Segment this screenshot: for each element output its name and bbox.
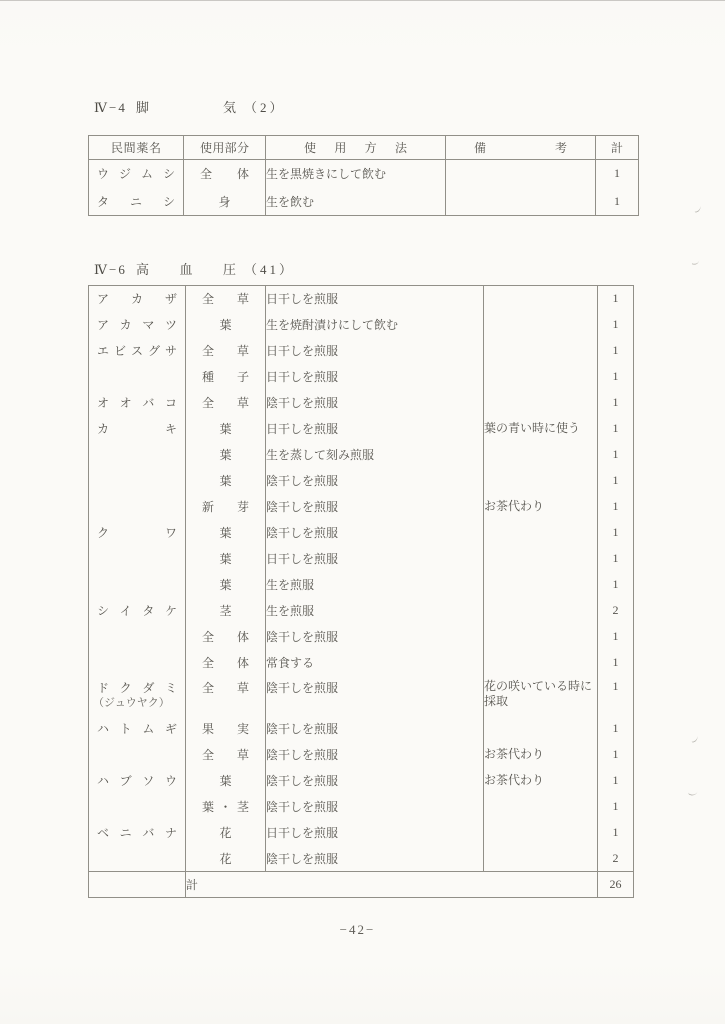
- part-cell: 全草: [186, 286, 266, 312]
- table-row: 全体 陰干しを煎服 1: [89, 624, 634, 650]
- table-row: アカマツ 葉 生を焼酎漬けにして飲む 1: [89, 312, 634, 338]
- total-cell: 1: [598, 742, 634, 768]
- method-cell: 生を煎服: [266, 598, 484, 624]
- scanned-document-page: Ⅳ−4 脚気 （2） 民間薬名 使用部分 使用方法 備考 計 ウジムシ 全体 生…: [0, 0, 725, 1024]
- note-cell: [484, 546, 598, 572]
- table-row: ベニバナ 花 日干しを煎服 1: [89, 820, 634, 846]
- method-cell: 日干しを煎服: [266, 820, 484, 846]
- total-cell: 1: [598, 520, 634, 546]
- name-cell: ハブソウ: [89, 768, 186, 794]
- name-cell: [89, 468, 186, 494]
- total-cell: 1: [598, 442, 634, 468]
- part-cell: 葉: [186, 546, 266, 572]
- method-cell: 陰干しを煎服: [266, 846, 484, 872]
- note-cell: [446, 188, 596, 216]
- total-cell: 1: [598, 546, 634, 572]
- method-cell: 日干しを煎服: [266, 338, 484, 364]
- part-cell: 全草: [186, 676, 266, 716]
- method-cell: 陰干しを煎服: [266, 624, 484, 650]
- part-cell: 茎: [186, 598, 266, 624]
- scan-artifact: [688, 788, 698, 797]
- total-cell: 1: [598, 716, 634, 742]
- method-cell: 陰干しを煎服: [266, 768, 484, 794]
- method-cell: 生を蒸して刻み煎服: [266, 442, 484, 468]
- name-cell: [89, 494, 186, 520]
- method-cell: 常食する: [266, 650, 484, 676]
- note-cell: [484, 390, 598, 416]
- name-cell: シイタケ: [89, 598, 186, 624]
- table-row: ハブソウ 葉 陰干しを煎服 お茶代わり 1: [89, 768, 634, 794]
- table-row: ウジムシ 全体 生を黒焼きにして飲む 1: [89, 160, 639, 188]
- section-count: （41）: [244, 261, 295, 279]
- note-cell: [484, 846, 598, 872]
- method-cell: 日干しを煎服: [266, 416, 484, 442]
- table-row: アカザ 全草 日干しを煎服 1: [89, 286, 634, 312]
- part-cell: 全体: [186, 624, 266, 650]
- footer-total-cell: 26: [598, 872, 634, 898]
- name-cell: [89, 650, 186, 676]
- table-footer-row: 計 26: [89, 872, 634, 898]
- part-cell: 葉: [186, 520, 266, 546]
- section-disease-name: 高血圧: [136, 261, 236, 279]
- part-cell: 全草: [186, 390, 266, 416]
- table-row: 葉 陰干しを煎服 1: [89, 468, 634, 494]
- scan-artifact: [693, 205, 702, 213]
- part-cell: 新芽: [186, 494, 266, 520]
- note-cell: お茶代わり: [484, 494, 598, 520]
- column-header-part: 使用部分: [184, 136, 266, 160]
- table-row: 葉 生を煎服 1: [89, 572, 634, 598]
- name-cell: [89, 572, 186, 598]
- part-cell: 葉: [186, 442, 266, 468]
- name-cell: ハトムギ: [89, 716, 186, 742]
- note-cell: [484, 520, 598, 546]
- note-cell: お茶代わり: [484, 742, 598, 768]
- name-cell: [89, 442, 186, 468]
- method-cell: 陰干しを煎服: [266, 716, 484, 742]
- note-cell: [484, 312, 598, 338]
- total-cell: 1: [598, 624, 634, 650]
- table-row: 葉・茎 陰干しを煎服 1: [89, 794, 634, 820]
- total-cell: 1: [596, 188, 639, 216]
- total-cell: 1: [596, 160, 639, 188]
- part-cell: 葉: [186, 468, 266, 494]
- name-cell: エビスグサ: [89, 338, 186, 364]
- folk-medicine-table-hypertension: アカザ 全草 日干しを煎服 1 アカマツ 葉 生を焼酎漬けにして飲む 1 エビス…: [88, 285, 634, 898]
- total-cell: 1: [598, 768, 634, 794]
- page-number: −42−: [0, 922, 715, 938]
- table-row: ハトムギ 果実 陰干しを煎服 1: [89, 716, 634, 742]
- note-cell: [484, 442, 598, 468]
- method-cell: 陰干しを煎服: [266, 390, 484, 416]
- table-row: オオバコ 全草 陰干しを煎服 1: [89, 390, 634, 416]
- scan-artifact: [690, 735, 699, 743]
- total-cell: 1: [598, 650, 634, 676]
- method-cell: 生を焼酎漬けにして飲む: [266, 312, 484, 338]
- total-cell: 1: [598, 390, 634, 416]
- total-cell: 1: [598, 494, 634, 520]
- part-cell: 果実: [186, 716, 266, 742]
- note-cell: [484, 598, 598, 624]
- name-cell: [89, 846, 186, 872]
- table-row: 新芽 陰干しを煎服 お茶代わり 1: [89, 494, 634, 520]
- table-row: 葉 生を蒸して刻み煎服 1: [89, 442, 634, 468]
- method-cell: 生を飲む: [266, 188, 446, 216]
- method-cell: 日干しを煎服: [266, 546, 484, 572]
- method-cell: 陰干しを煎服: [266, 742, 484, 768]
- note-cell: [484, 650, 598, 676]
- note-cell: お茶代わり: [484, 768, 598, 794]
- folk-medicine-table-beriberi: 民間薬名 使用部分 使用方法 備考 計 ウジムシ 全体 生を黒焼きにして飲む 1…: [88, 135, 639, 216]
- method-cell: 陰干しを煎服: [266, 794, 484, 820]
- name-cell: オオバコ: [89, 390, 186, 416]
- table-row: クワ 葉 陰干しを煎服 1: [89, 520, 634, 546]
- note-cell: 葉の青い時に使う: [484, 416, 598, 442]
- method-cell: 生を煎服: [266, 572, 484, 598]
- part-cell: 全体: [186, 650, 266, 676]
- method-cell: 日干しを煎服: [266, 286, 484, 312]
- note-cell: [484, 468, 598, 494]
- section-title-beriberi: Ⅳ−4 脚気 （2）: [94, 99, 286, 117]
- name-cell: [89, 364, 186, 390]
- part-cell: 種子: [186, 364, 266, 390]
- part-cell: 葉: [186, 416, 266, 442]
- part-cell: 全草: [186, 742, 266, 768]
- column-header-name: 民間薬名: [89, 136, 184, 160]
- name-cell: [89, 546, 186, 572]
- section-number: Ⅳ−4: [94, 99, 134, 117]
- table-row: シイタケ 茎 生を煎服 2: [89, 598, 634, 624]
- note-cell: [484, 572, 598, 598]
- name-cell: カキ: [89, 416, 186, 442]
- total-cell: 1: [598, 794, 634, 820]
- method-cell: 陰干しを煎服: [266, 468, 484, 494]
- table-row: 全体 常食する 1: [89, 650, 634, 676]
- part-cell: 葉: [186, 768, 266, 794]
- method-cell: 陰干しを煎服: [266, 494, 484, 520]
- total-cell: 2: [598, 598, 634, 624]
- note-cell: [446, 160, 596, 188]
- table-row: タニシ 身 生を飲む 1: [89, 188, 639, 216]
- table-row: 葉 日干しを煎服 1: [89, 546, 634, 572]
- section-count: （2）: [244, 99, 286, 117]
- table-row: 種子 日干しを煎服 1: [89, 364, 634, 390]
- section-disease-name: 脚気: [136, 99, 236, 117]
- section-title-hypertension: Ⅳ−6 高血圧 （41）: [94, 261, 295, 279]
- part-cell: 葉: [186, 312, 266, 338]
- part-cell: 花: [186, 820, 266, 846]
- table-header-row: 民間薬名 使用部分 使用方法 備考 計: [89, 136, 639, 160]
- scan-artifact: [692, 259, 700, 266]
- total-cell: 1: [598, 416, 634, 442]
- note-cell: [484, 364, 598, 390]
- method-cell: 日干しを煎服: [266, 364, 484, 390]
- name-cell: アカマツ: [89, 312, 186, 338]
- total-cell: 1: [598, 338, 634, 364]
- footer-sum-label: 計: [186, 872, 598, 898]
- note-cell: [484, 716, 598, 742]
- column-header-method: 使用方法: [266, 136, 446, 160]
- total-cell: 1: [598, 820, 634, 846]
- footer-empty-cell: [89, 872, 186, 898]
- total-cell: 1: [598, 312, 634, 338]
- method-cell: 生を黒焼きにして飲む: [266, 160, 446, 188]
- total-cell: 1: [598, 364, 634, 390]
- part-cell: 全体: [184, 160, 266, 188]
- scan-edge-shadow: [0, 0, 725, 1]
- table-row: 全草 陰干しを煎服 お茶代わり 1: [89, 742, 634, 768]
- table-row: カキ 葉 日干しを煎服 葉の青い時に使う 1: [89, 416, 634, 442]
- part-cell: 葉: [186, 572, 266, 598]
- part-cell: 身: [184, 188, 266, 216]
- part-cell: 花: [186, 846, 266, 872]
- name-cell: ドクダミ（ジュウヤク）: [89, 676, 186, 716]
- total-cell: 1: [598, 572, 634, 598]
- name-cell: クワ: [89, 520, 186, 546]
- section-number: Ⅳ−6: [94, 261, 134, 279]
- table-row: 花 陰干しを煎服 2: [89, 846, 634, 872]
- note-cell: [484, 286, 598, 312]
- name-cell: [89, 794, 186, 820]
- total-cell: 1: [598, 286, 634, 312]
- name-cell: ベニバナ: [89, 820, 186, 846]
- method-cell: 陰干しを煎服: [266, 520, 484, 546]
- note-cell: [484, 794, 598, 820]
- table-row: エビスグサ 全草 日干しを煎服 1: [89, 338, 634, 364]
- name-cell: ウジムシ: [89, 160, 184, 188]
- name-cell: タニシ: [89, 188, 184, 216]
- name-cell: [89, 624, 186, 650]
- column-header-note: 備考: [446, 136, 596, 160]
- total-cell: 1: [598, 676, 634, 716]
- column-header-total: 計: [596, 136, 639, 160]
- total-cell: 2: [598, 846, 634, 872]
- method-cell: 陰干しを煎服: [266, 676, 484, 716]
- note-cell: 花の咲いている時に採取: [484, 676, 598, 716]
- table-row: ドクダミ（ジュウヤク） 全草 陰干しを煎服 花の咲いている時に採取 1: [89, 676, 634, 716]
- total-cell: 1: [598, 468, 634, 494]
- note-cell: [484, 820, 598, 846]
- name-cell: [89, 742, 186, 768]
- name-cell: アカザ: [89, 286, 186, 312]
- note-cell: [484, 338, 598, 364]
- note-cell: [484, 624, 598, 650]
- part-cell: 葉・茎: [186, 794, 266, 820]
- part-cell: 全草: [186, 338, 266, 364]
